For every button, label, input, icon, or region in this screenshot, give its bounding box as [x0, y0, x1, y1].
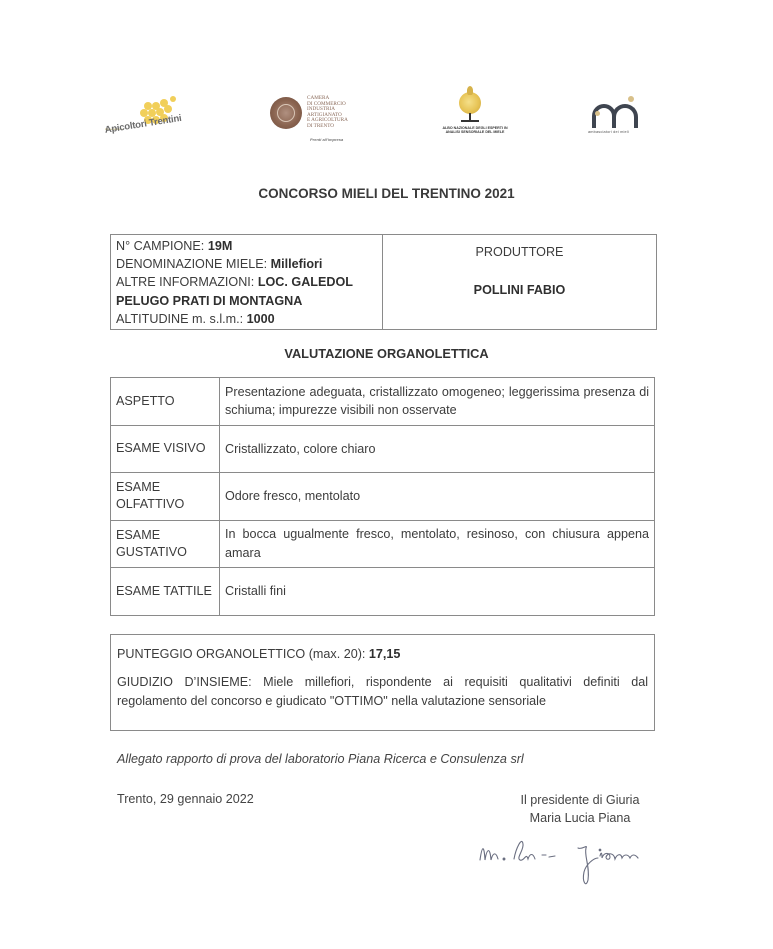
- albo-text: ALBO NAZIONALE DEGLI ESPERTI IN ANALISI …: [437, 126, 513, 135]
- page-title: CONCORSO MIELI DEL TRENTINO 2021: [0, 186, 773, 201]
- sample-details: N° CAMPIONE: 19M DENOMINAZIONE MIELE: Mi…: [111, 235, 383, 329]
- overall-judgement: GIUDIZIO D’INSIEME: Miele millefiori, ri…: [117, 673, 648, 710]
- score-label: PUNTEGGIO ORGANOLETTICO (max. 20):: [117, 647, 369, 661]
- albo-esperti-logo: ALBO NAZIONALE DEGLI ESPERTI IN ANALISI …: [435, 86, 515, 144]
- row-label: ESAME GUSTATIVO: [111, 520, 220, 568]
- table-row: ESAME GUSTATIVO In bocca ugualmente fres…: [111, 520, 655, 568]
- altitudine-line: ALTITUDINE m. s.l.m.: 1000: [116, 310, 382, 328]
- signatory-role: Il presidente di Giuria: [500, 791, 660, 809]
- campione-value: 19M: [208, 239, 233, 253]
- table-row: ESAME TATTILE Cristalli fini: [111, 568, 655, 616]
- row-value: Cristallizzato, colore chiaro: [220, 425, 655, 473]
- row-value: Odore fresco, mentolato: [220, 473, 655, 521]
- altre-label: ALTRE INFORMAZIONI:: [116, 275, 258, 289]
- arch-icon: [612, 104, 638, 128]
- signature-icon: [470, 822, 700, 892]
- ambasciatori-text: ambasciatori dei mieli: [588, 130, 629, 134]
- row-label: ESAME VISIVO: [111, 425, 220, 473]
- producer-label: PRODUTTORE: [383, 245, 656, 259]
- base-decoration: [461, 120, 479, 122]
- row-label: ASPETTO: [111, 378, 220, 426]
- drop-tip-icon: [467, 86, 473, 95]
- table-row: ESAME VISIVO Cristallizzato, colore chia…: [111, 425, 655, 473]
- denominazione-line: DENOMINAZIONE MIELE: Millefiori: [116, 255, 382, 273]
- seal-icon: [270, 97, 302, 129]
- score-line: PUNTEGGIO ORGANOLETTICO (max. 20): 17,15: [117, 647, 648, 661]
- dot-icon: [595, 111, 600, 116]
- row-value: Cristalli fini: [220, 568, 655, 616]
- altitudine-value: 1000: [247, 312, 275, 326]
- camera-text: CAMERA DI COMMERCIO INDUSTRIA ARTIGIANAT…: [307, 96, 348, 130]
- honey-drop-icon: [459, 92, 481, 114]
- evaluation-title: VALUTAZIONE ORGANOLETTICA: [0, 346, 773, 361]
- campione-line: N° CAMPIONE: 19M: [116, 237, 382, 255]
- camera-tagline: Prenti all'impresa: [310, 137, 343, 142]
- camera-commercio-logo: CAMERA DI COMMERCIO INDUSTRIA ARTIGIANAT…: [268, 95, 368, 150]
- altre-line: ALTRE INFORMAZIONI: LOC. GALEDOL PELUGO …: [116, 273, 382, 309]
- score-value: 17,15: [369, 647, 401, 661]
- table-row: ASPETTO Presentazione adeguata, cristall…: [111, 378, 655, 426]
- row-value: Presentazione adeguata, cristallizzato o…: [220, 378, 655, 426]
- table-row: ESAME OLFATTIVO Odore fresco, mentolato: [111, 473, 655, 521]
- producer-name: POLLINI FABIO: [383, 283, 656, 297]
- denominazione-value: Millefiori: [271, 257, 323, 271]
- row-value: In bocca ugualmente fresco, mentolato, r…: [220, 520, 655, 568]
- evaluation-table: ASPETTO Presentazione adeguata, cristall…: [110, 377, 655, 616]
- producer-cell: PRODUTTORE POLLINI FABIO: [383, 235, 656, 329]
- denominazione-label: DENOMINAZIONE MIELE:: [116, 257, 271, 271]
- ambasciatori-mieli-logo: ambasciatori dei mieli: [578, 92, 668, 142]
- row-label: ESAME OLFATTIVO: [111, 473, 220, 521]
- campione-label: N° CAMPIONE:: [116, 239, 208, 253]
- score-box: PUNTEGGIO ORGANOLETTICO (max. 20): 17,15…: [110, 634, 655, 731]
- place-date: Trento, 29 gennaio 2022: [117, 792, 254, 806]
- apicoltori-trentini-logo: Associazione Apicoltori Trentini: [100, 95, 210, 150]
- sample-info-box: N° CAMPIONE: 19M DENOMINAZIONE MIELE: Mi…: [110, 234, 657, 330]
- altitudine-label: ALTITUDINE m. s.l.m.:: [116, 312, 247, 326]
- dot-icon: [628, 96, 634, 102]
- attachment-note: Allegato rapporto di prova del laborator…: [117, 752, 524, 766]
- row-label: ESAME TATTILE: [111, 568, 220, 616]
